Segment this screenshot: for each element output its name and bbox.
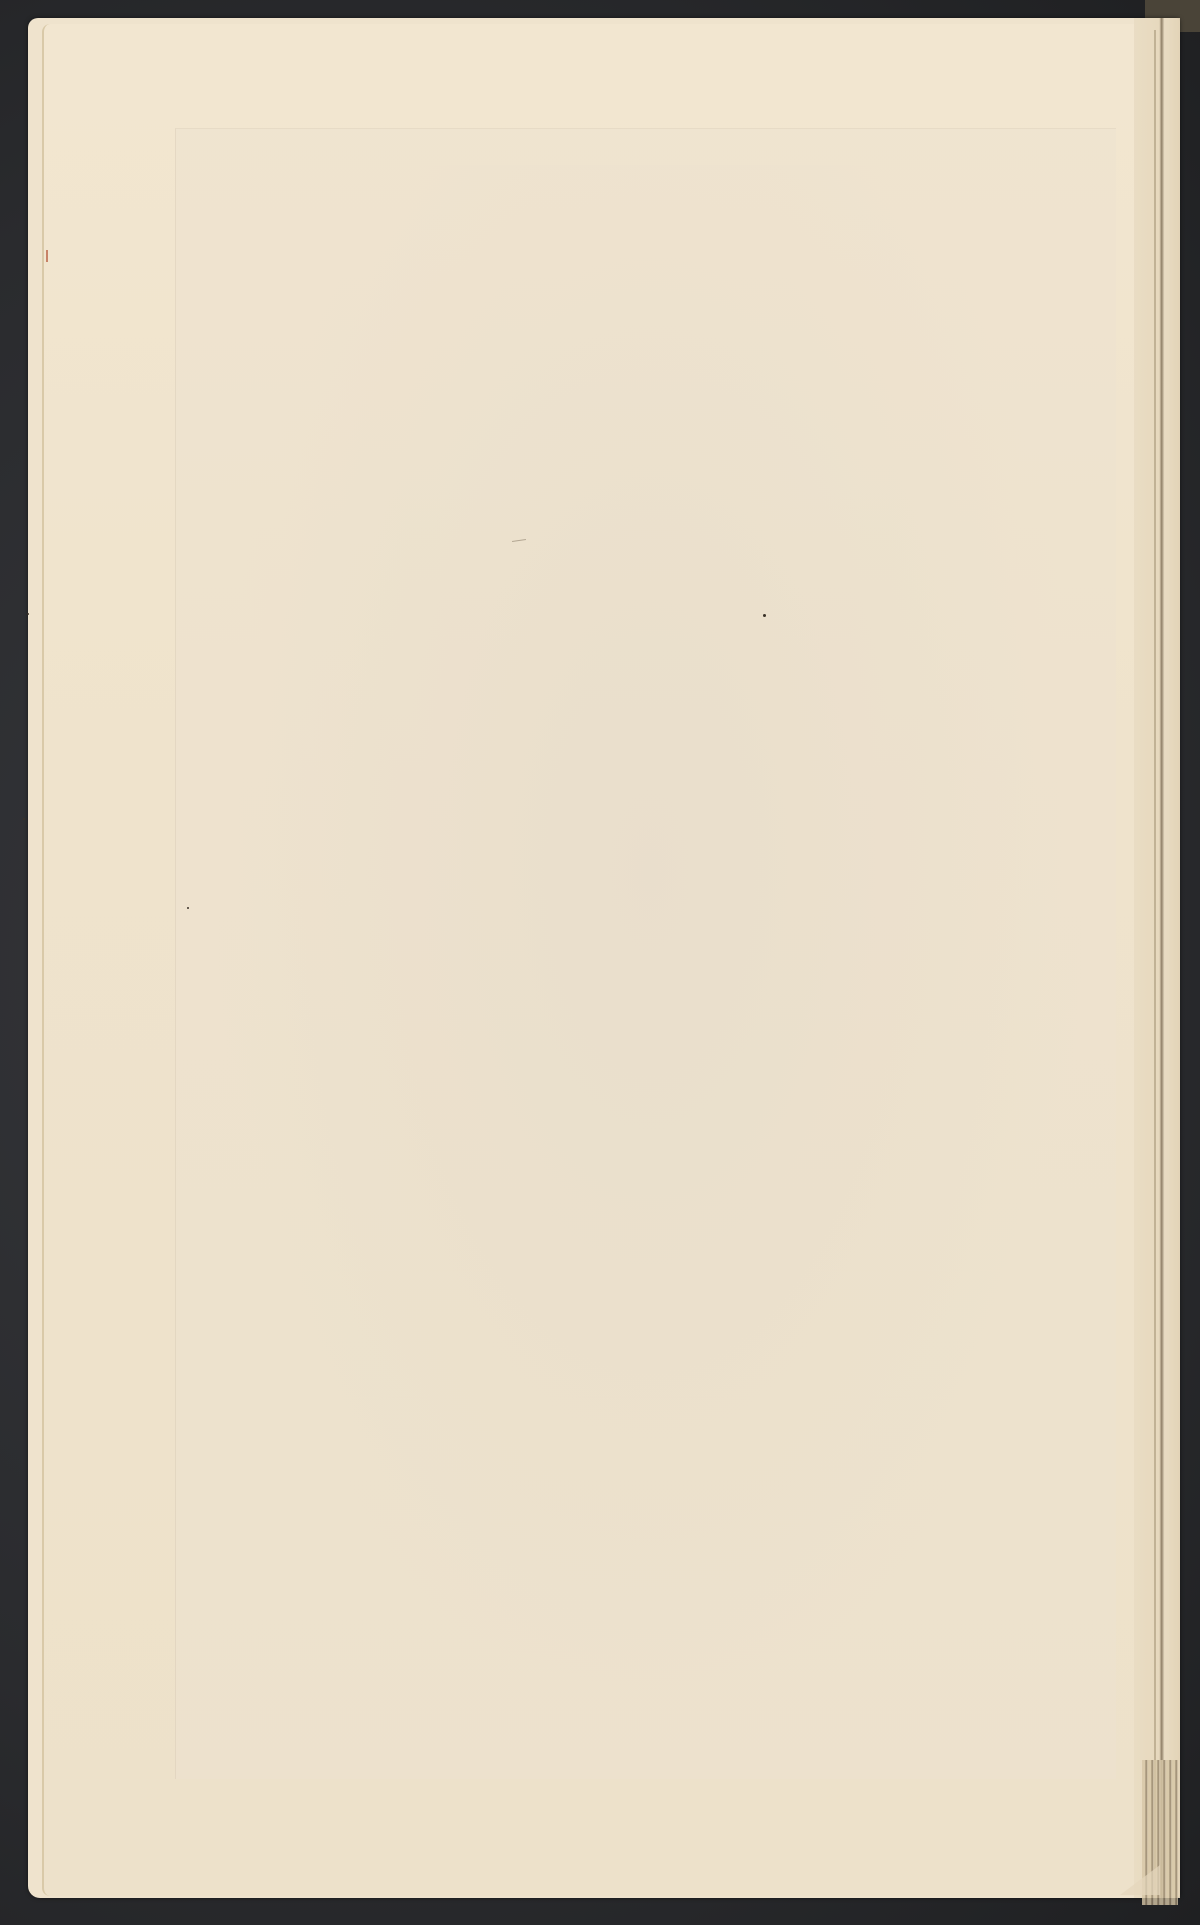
bleed-line-1: ​ bbox=[245, 52, 285, 80]
page-fore-edge bbox=[1134, 18, 1180, 1898]
paper-speck bbox=[27, 613, 29, 615]
paper-speck bbox=[187, 907, 189, 909]
bleed-through-handwriting: ​ ​ bbox=[245, 52, 285, 108]
paper-speck bbox=[23, 818, 25, 820]
red-ink-mark bbox=[46, 250, 48, 262]
bleed-line-2: ​ bbox=[245, 80, 285, 108]
folded-corner bbox=[1120, 1865, 1160, 1895]
paper-speck bbox=[763, 614, 766, 617]
plate-shadow bbox=[210, 165, 1090, 1735]
page-edge-line bbox=[1154, 30, 1156, 1890]
